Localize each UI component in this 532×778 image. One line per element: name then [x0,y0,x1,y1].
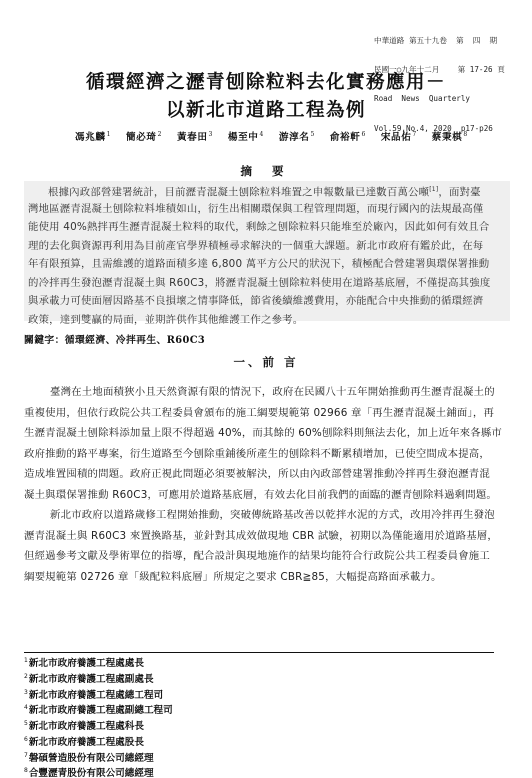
body-line: 瀝青混凝土與 R60C3 來置換路基，並針對其成效做現地 CBR 試驗，初期以為… [24,526,510,547]
section-heading-introduction: 一、前 言 [0,354,532,370]
footnote-mark: 3 [24,689,28,696]
body-line: 重複使用，但依行政院公共工程委員會頒布的施工綱要規範第 02966 章「再生瀝青… [24,403,510,424]
keywords: 關鍵字：循環經濟、冷拌再生、R60C3 [24,332,205,346]
body-line: 生瀝青混凝土刨除料添加量上限不得超過 40%，而其餘的 60%刨除料則無法去化，… [24,423,510,444]
author: 楊至中4 [228,132,264,143]
author: 蔡秉棋8 [432,132,468,143]
author: 黃春田3 [177,132,213,143]
body-line: 政府推動的路平專案，衍生道路至今刨除重鋪後所產生的刨除料不斷累積增加，已使空間成… [24,444,510,465]
author-mark: 1 [107,131,111,138]
abstract-line: 政策，達到雙贏的局面，並期許供作其他維護工作之參考。 [24,311,510,330]
author: 俞裕軒6 [330,132,366,143]
author-mark: 2 [158,131,162,138]
footnotes: 1新北市政府養護工程處處長 2新北市政府養護工程處副處長 3新北市政府養護工程處… [24,655,173,778]
author: 宋品佑7 [381,132,417,143]
author-name: 俞裕軒 [330,132,361,143]
author-name: 宋品佑 [381,132,412,143]
footnote-mark: 7 [24,752,28,759]
abstract-line: 的冷拌再生發泡瀝青混凝土與 R60C3，將瀝青混凝土刨除粒料使用在道路基底層，不… [24,274,510,293]
footnote-text: 新北市政府養護工程處副處長 [29,674,154,685]
body-line: 臺灣在土地面積狹小且天然資源有限的情況下，政府在民國八十五年開始推動再生瀝青混凝… [24,382,510,403]
author-mark: 5 [310,131,314,138]
paper-title-line-2: 以新北市道路工程為例 [0,96,532,122]
author: 游淳名5 [279,132,315,143]
footnote-mark: 8 [24,767,28,774]
author: 簡必琦2 [126,132,162,143]
author-name: 蔡秉棋 [432,132,463,143]
abstract-line: 年有限預算，且需維護的道路面積多達 6,800 萬平方公尺的狀況下，積極配合營建… [24,255,510,274]
author-mark: 7 [412,131,416,138]
author-name: 簡必琦 [126,132,157,143]
abstract-heading: 摘 要 [0,163,532,179]
footnote: 5新北市政府養護工程處科長 [24,718,173,734]
body-line: 新北市政府以道路歲修工程開始推動，突破傳統路基改善以乾拌水泥的方式，改用冷拌再生… [24,505,510,526]
footnote-mark: 4 [24,704,28,711]
footnote: 2新北市政府養護工程處副處長 [24,671,173,687]
footnote-mark: 5 [24,720,28,727]
footnote-text: 新北市政府養護工程處處長 [29,658,144,669]
author-mark: 4 [260,131,264,138]
section-body: 臺灣在土地面積狹小且天然資源有限的情況下，政府在民國八十五年開始推動再生瀝青混凝… [24,382,510,587]
footnote-text: 合豐瀝青股份有限公司總經理 [29,769,154,778]
journal-header-line: 中華道路 第五十九卷 第 四 期 [374,36,505,46]
author-mark: 3 [209,131,213,138]
citation-ref: [1] [429,186,438,193]
author-name: 馮兆麟 [75,132,106,143]
footnote: 7磐碩營造股份有限公司總經理 [24,750,173,766]
paper-title-line-1: 循環經濟之瀝青刨除粒料去化實務應用－ [0,68,532,94]
author-name: 楊至中 [228,132,259,143]
body-line: 造成堆置囤積的問題。政府正視此問題必須要被解決，所以由內政部營建署推動冷拌再生發… [24,464,510,485]
footnote-text: 新北市政府養護工程處科長 [29,721,144,732]
abstract-line: 能使用 40%熱拌再生瀝青混凝土粒料的取代，剩餘之刨除粒料只能堆至於廠內，因此如… [24,218,510,237]
footnote-text: 新北市政府養護工程處副總工程司 [29,706,173,717]
footnote: 8合豐瀝青股份有限公司總經理 [24,765,173,778]
author-list: 馮兆麟1 簡必琦2 黃春田3 楊至中4 游淳名5 俞裕軒6 宋品佑7 蔡秉棋8 [75,129,532,143]
footnote: 1新北市政府養護工程處處長 [24,655,173,671]
abstract-text: 根據內政部營建署統計，目前瀝青混凝土刨除粒料堆置之申報數量已達數百萬公噸 [48,186,429,198]
footnote: 4新北市政府養護工程處副總工程司 [24,702,173,718]
footnote: 3新北市政府養護工程處總工程司 [24,687,173,703]
footnote-divider [24,652,494,653]
footnote-mark: 1 [24,657,28,664]
body-line: 但經過參考文獻及學術單位的指導，配合設計與現地施作的結果均能符合行政院公共工程委… [24,546,510,567]
abstract-line: 根據內政部營建署統計，目前瀝青混凝土刨除粒料堆置之申報數量已達數百萬公噸[1]，… [24,181,510,200]
footnote-mark: 6 [24,736,28,743]
footnote-mark: 2 [24,673,28,680]
body-line: 綱要規範第 02726 章「級配粒料底層」所規定之要求 CBR≧85，大幅提高路… [24,567,510,588]
footnote-text: 新北市政府養護工程處股長 [29,737,144,748]
footnote-text: 磐碩營造股份有限公司總經理 [29,753,154,764]
author-mark: 8 [463,131,467,138]
abstract-line: 理的去化與資源再利用為目前產官學界積極尋求解決的一個重大課題。新北市政府有鑑於此… [24,237,510,256]
abstract-line: 灣地區瀝青混凝土刨除粒料堆積如山，衍生出相關環保與工程管理問題，而現行國內的法規… [24,200,510,219]
abstract-box: 根據內政部營建署統計，目前瀝青混凝土刨除粒料堆置之申報數量已達數百萬公噸[1]，… [24,181,510,321]
author-mark: 6 [361,131,365,138]
author-name: 黃春田 [177,132,208,143]
abstract-text: ，面對臺 [438,186,480,198]
author: 馮兆麟1 [75,132,111,143]
body-line: 凝土與環保署推動 R60C3，可應用於道路基底層，有效去化目前我們的面臨的瀝青刨… [24,485,510,506]
footnote: 6新北市政府養護工程處股長 [24,734,173,750]
author-name: 游淳名 [279,132,310,143]
abstract-line: 與承載力可使面層因路基不良損壞之情事降低，節省後續維護費用，亦能配合中央推動的循… [24,292,510,311]
footnote-text: 新北市政府養護工程處總工程司 [29,690,163,701]
